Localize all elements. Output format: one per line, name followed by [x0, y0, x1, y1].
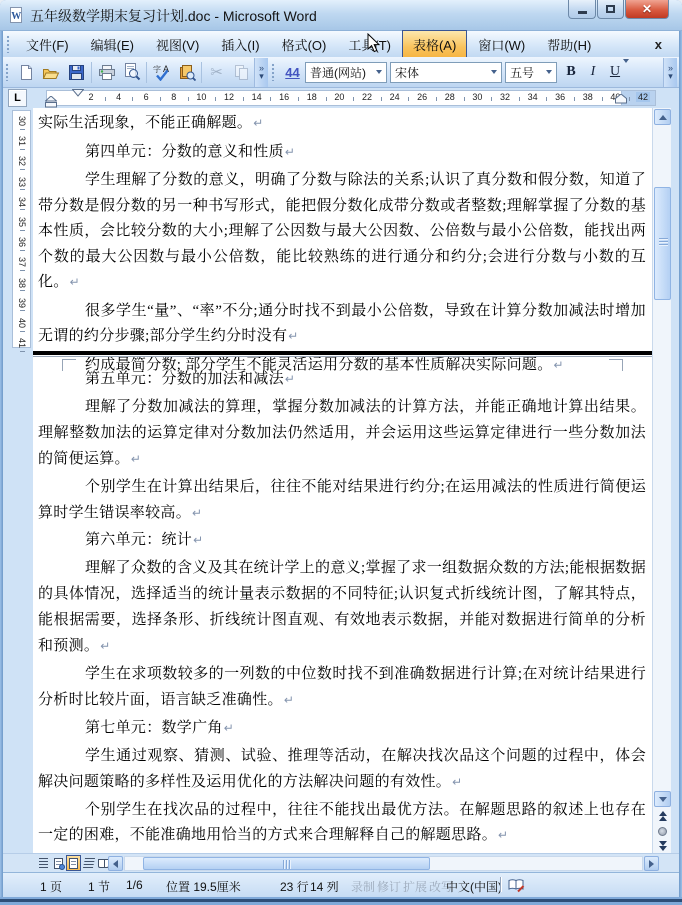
- ruler-number: 36: [17, 237, 27, 247]
- ruler-number: 18: [307, 92, 317, 102]
- scroll-left-button[interactable]: [108, 856, 123, 871]
- hanging-indent-marker[interactable]: [45, 96, 57, 108]
- mouse-cursor: [367, 33, 381, 54]
- paragraph-mark: ↵: [452, 775, 462, 789]
- style-dropdown-icon[interactable]: [372, 63, 386, 82]
- styles-icon: 44: [280, 65, 306, 80]
- ruler-number: 35: [17, 217, 27, 227]
- title-bar: W 五年级数学期末复习计划.doc - Microsoft Word ✕: [0, 0, 682, 31]
- close-icon: ✕: [642, 2, 652, 16]
- scroll-down-button[interactable]: [654, 791, 671, 807]
- arrow-right-icon: [649, 860, 654, 868]
- minimize-icon: [578, 11, 587, 14]
- underline-options-icon[interactable]: [623, 63, 629, 81]
- ruler-number: 26: [417, 92, 427, 102]
- paragraph-mark: ↵: [284, 693, 294, 707]
- paragraph-mark: ↵: [498, 828, 508, 842]
- ruler-number: 34: [17, 197, 27, 207]
- ruler-number: 37: [17, 257, 27, 267]
- ruler-number: 24: [390, 92, 400, 102]
- browse-object-icon: [658, 827, 667, 836]
- document-area: 303132333435363738394041 实际生活现象，不能正确解题。↵…: [3, 108, 679, 853]
- outline-view-button[interactable]: [81, 855, 96, 871]
- style-combo[interactable]: 普通(网站): [305, 62, 387, 83]
- paragraph-mark: ↵: [253, 116, 263, 130]
- status-page-number: 1 页: [40, 878, 62, 895]
- status-mode-修订[interactable]: 修订: [377, 878, 401, 895]
- horizontal-scrollbar-row: [3, 853, 679, 872]
- ruler-number: 20: [334, 92, 344, 102]
- page-2-text[interactable]: 第五单元：分数的加法和减法↵理解了分数加减法的算理，掌握分数加减法的计算方法，并…: [38, 367, 646, 851]
- menu-item-table[interactable]: 表格(A): [402, 30, 467, 59]
- menu-item-file[interactable]: 文件(F): [15, 30, 80, 59]
- status-column-number: 14 列: [310, 878, 339, 895]
- open-button[interactable]: [39, 60, 64, 85]
- ruler-number: 33: [17, 177, 27, 187]
- normal-view-button[interactable]: [36, 855, 51, 871]
- ruler-number: 31: [17, 136, 27, 146]
- paragraph[interactable]: 学生通过观察、猜测、试验、推理等活动，在解决找次品这个问题的过程中，体会解决问题…: [38, 744, 646, 796]
- paragraph-mark: ↵: [192, 506, 202, 520]
- ruler-number: 22: [362, 92, 372, 102]
- word-window: W 五年级数学期末复习计划.doc - Microsoft Word ✕ 文件(…: [0, 0, 682, 905]
- formatting-options-button[interactable]: »▾: [663, 58, 677, 87]
- horizontal-scroll-track[interactable]: [124, 856, 643, 871]
- save-button[interactable]: [64, 60, 89, 85]
- paragraph[interactable]: 学生在求项数较多的一列数的中位数时找不到准确数据进行计算;在对统计结果进行分析时…: [38, 662, 646, 714]
- ruler-number: 38: [17, 278, 27, 288]
- normal-view-icon: [39, 858, 48, 868]
- arrow-down-icon: [659, 797, 667, 802]
- paragraph[interactable]: 第六单元：统计↵: [38, 528, 646, 554]
- ruler-number: 30: [472, 92, 482, 102]
- ruler-number: 6: [144, 92, 149, 102]
- ruler-number: 14: [252, 92, 262, 102]
- print-icon: [98, 64, 116, 81]
- window-title: 五年级数学期末复习计划.doc - Microsoft Word: [30, 6, 317, 26]
- maximize-button[interactable]: [597, 0, 624, 19]
- status-bar: 1 页 1 节 1/6 位置 19.5厘米 23 行 14 列 录制修订扩展改写…: [3, 872, 679, 897]
- spelling-status-icon[interactable]: [508, 878, 525, 896]
- research-button[interactable]: [174, 60, 199, 85]
- print-preview-button[interactable]: [119, 60, 144, 85]
- new-document-button[interactable]: [14, 60, 39, 85]
- font-dropdown-icon[interactable]: [487, 63, 501, 82]
- print-button[interactable]: [94, 60, 119, 85]
- menu-item-window[interactable]: 窗口(W): [467, 30, 536, 59]
- next-page-button[interactable]: [654, 838, 671, 853]
- paragraph[interactable]: 个别学生在找次品的过程中，往往不能找出最优方法。在解题思路的叙述上也存在一定的困…: [38, 798, 646, 850]
- new-document-icon: [18, 64, 35, 81]
- copy-icon: [233, 64, 251, 81]
- status-line-number: 23 行: [280, 878, 309, 895]
- menu-item-format[interactable]: 格式(O): [271, 30, 338, 59]
- paragraph-mark: ↵: [70, 275, 80, 289]
- document-page[interactable]: 实际生活现象，不能正确解题。↵第四单元：分数的意义和性质↵学生理解了分数的意义，…: [33, 108, 652, 853]
- page-boundary-shadow: [33, 356, 652, 357]
- ruler-number: 32: [500, 92, 510, 102]
- vertical-ruler[interactable]: 303132333435363738394041: [12, 110, 31, 348]
- ruler-number: 39: [17, 298, 27, 308]
- svg-text:字: 字: [153, 64, 161, 74]
- style-value: 普通(网站): [310, 64, 366, 81]
- vertical-scrollbar[interactable]: [652, 108, 671, 853]
- paragraph-mark: ↵: [224, 721, 234, 735]
- svg-text:W: W: [11, 11, 21, 22]
- paragraph-mark: ↵: [288, 329, 298, 343]
- font-combo[interactable]: 宋体: [390, 62, 502, 83]
- vertical-scroll-thumb[interactable]: [654, 187, 671, 300]
- paragraph[interactable]: 理解了分数加减法的算理，掌握分数加减法的计算方法，并能正确地计算出结果。理解整数…: [38, 395, 646, 473]
- horizontal-scroll-thumb[interactable]: [143, 857, 430, 870]
- close-button[interactable]: ✕: [625, 0, 669, 19]
- arrow-up-icon: [659, 115, 667, 120]
- ruler-number: 38: [583, 92, 593, 102]
- cut-button[interactable]: ✂: [204, 60, 229, 85]
- arrow-left-icon: [113, 860, 118, 868]
- ruler-number: 30: [17, 116, 27, 126]
- font-size-value: 五号: [510, 64, 534, 81]
- thumb-grip-icon: [659, 238, 668, 246]
- paragraph[interactable]: 实际生活现象，不能正确解题。↵: [38, 111, 646, 137]
- paragraph[interactable]: 第七单元：数学广角↵: [38, 716, 646, 742]
- menu-item-insert[interactable]: 插入(I): [210, 30, 270, 59]
- first-line-indent-marker[interactable]: [72, 89, 84, 97]
- print-layout-icon: [69, 858, 78, 869]
- ruler-number: 12: [224, 92, 234, 102]
- toolbar-drag-handle[interactable]: [5, 63, 10, 81]
- page-1-text[interactable]: 实际生活现象，不能正确解题。↵第四单元：分数的意义和性质↵学生理解了分数的意义，…: [38, 111, 646, 381]
- print-layout-view-button[interactable]: [66, 855, 81, 871]
- toolbar: 字A ✂ »▾ 44 普通(网站) 宋体 五号 B I U »▾: [3, 57, 679, 88]
- research-icon: [178, 64, 196, 81]
- print-preview-icon: [123, 63, 141, 81]
- toolbar-options-button[interactable]: »▾: [254, 58, 268, 87]
- menu-item-view[interactable]: 视图(V): [145, 30, 210, 59]
- paragraph[interactable]: 第五单元：分数的加法和减法↵: [38, 367, 646, 393]
- window-border-bottom: [0, 897, 682, 905]
- scroll-up-button[interactable]: [654, 109, 671, 125]
- menu-bar: 文件(F)编辑(E)视图(V)插入(I)格式(O)工具(T)表格(A)窗口(W)…: [3, 31, 679, 57]
- spelling-grammar-button[interactable]: 字A: [149, 60, 174, 85]
- font-value: 宋体: [395, 64, 419, 81]
- paragraph-mark: ↵: [285, 372, 295, 386]
- web-layout-view-button[interactable]: [51, 855, 66, 871]
- ruler-number-42: 42: [636, 92, 650, 102]
- outline-view-icon: [82, 858, 94, 868]
- menubar-drag-handle[interactable]: [6, 35, 11, 53]
- styles-formatting-button[interactable]: 44: [280, 60, 305, 85]
- ruler-number: 4: [116, 92, 121, 102]
- toolbar-separator: [146, 62, 147, 83]
- paragraph[interactable]: 第四单元：分数的意义和性质↵: [38, 140, 646, 166]
- paragraph[interactable]: 理解了众数的含义及其在统计学上的意义;掌握了求一组数据众数的方法;能根据数据的具…: [38, 556, 646, 660]
- ruler-number: 32: [17, 156, 27, 166]
- status-mode-录制[interactable]: 录制: [351, 878, 375, 895]
- ruler-number: 16: [279, 92, 289, 102]
- paragraph-mark: ↵: [193, 533, 203, 547]
- spelling-grammar-icon: 字A: [153, 64, 171, 81]
- ruler-number: 34: [528, 92, 538, 102]
- status-separator: [500, 877, 501, 892]
- ruler-number: 41: [17, 338, 27, 348]
- ruler-number: 28: [445, 92, 455, 102]
- open-icon: [42, 64, 61, 81]
- bold-button[interactable]: B: [560, 61, 582, 84]
- document-close-button[interactable]: x: [650, 35, 667, 54]
- maximize-icon: [606, 5, 615, 13]
- status-page-of-total: 1/6: [126, 878, 143, 892]
- paragraph[interactable]: 学生理解了分数的意义，明确了分数与除法的关系;认识了真分数和假分数，知道了带分数…: [38, 168, 646, 296]
- double-up-arrow-icon: [659, 811, 667, 821]
- menu-item-help[interactable]: 帮助(H): [536, 30, 602, 59]
- status-mode-扩展[interactable]: 扩展: [403, 878, 427, 895]
- scroll-right-button[interactable]: [644, 856, 659, 871]
- page-boundary: [33, 351, 652, 355]
- minimize-button[interactable]: [568, 0, 596, 19]
- paragraph-mark: ↵: [131, 452, 141, 466]
- toolbar-separator: [91, 62, 92, 83]
- font-size-dropdown-icon[interactable]: [542, 63, 556, 82]
- thumb-grip-icon: [283, 860, 291, 869]
- save-icon: [68, 64, 85, 81]
- toolbar-separator: [201, 62, 202, 83]
- word-app-icon: W: [8, 7, 24, 28]
- previous-page-button[interactable]: [654, 808, 671, 823]
- ruler-number: 40: [17, 318, 27, 328]
- right-indent-marker[interactable]: [615, 94, 627, 104]
- paragraph-mark: ↵: [285, 145, 295, 159]
- window-border-left: [0, 31, 3, 905]
- status-position: 位置 19.5厘米: [166, 878, 241, 895]
- tab-stop-selector[interactable]: L: [8, 89, 27, 107]
- horizontal-ruler[interactable]: L 246810121416182022242628303234363840 4…: [3, 88, 679, 108]
- paragraph-mark: ↵: [100, 639, 110, 653]
- italic-button[interactable]: I: [582, 61, 604, 84]
- status-section-number: 1 节: [88, 878, 110, 895]
- menu-item-edit[interactable]: 编辑(E): [80, 30, 145, 59]
- font-size-combo[interactable]: 五号: [505, 62, 557, 83]
- status-language: 中文(中国): [446, 878, 502, 895]
- ruler-number: 8: [171, 92, 176, 102]
- cut-icon: ✂: [210, 63, 223, 81]
- ruler-number: 10: [196, 92, 206, 102]
- paragraph[interactable]: 很多学生“量”、“率”不分;通分时找不到最小公倍数，导致在计算分数加减法时增加无…: [38, 299, 646, 350]
- select-browse-object-button[interactable]: [654, 823, 671, 839]
- ruler-number: 2: [88, 92, 93, 102]
- double-down-arrow-icon: [659, 841, 667, 851]
- web-layout-icon: [54, 858, 63, 869]
- formatting-drag-handle[interactable]: [271, 63, 276, 81]
- copy-button[interactable]: [229, 60, 254, 85]
- ruler-number: 36: [555, 92, 565, 102]
- paragraph[interactable]: 个别学生在计算出结果后，往往不能对结果进行约分;在运用减法的性质进行简便运算时学…: [38, 475, 646, 527]
